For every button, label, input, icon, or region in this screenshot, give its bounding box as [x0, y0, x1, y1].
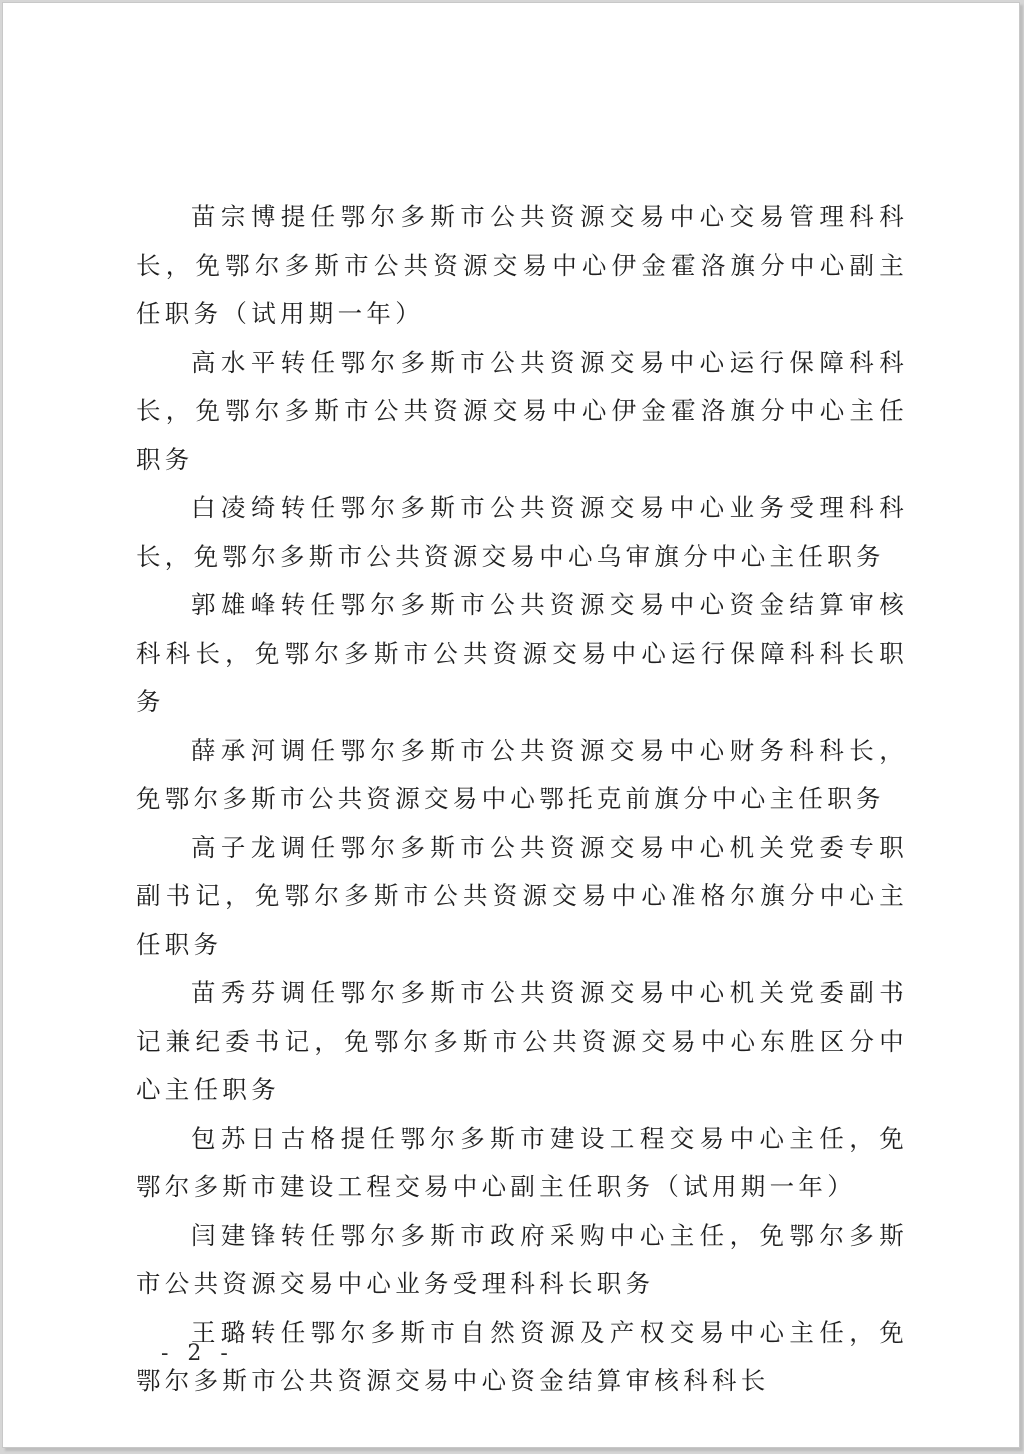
paragraph-appointment-2: 高水平转任鄂尔多斯市公共资源交易中心运行保障科科长，免鄂尔多斯市公共资源交易中心…	[136, 339, 908, 485]
document-body: 苗宗博提任鄂尔多斯市公共资源交易中心交易管理科科长，免鄂尔多斯市公共资源交易中心…	[136, 193, 908, 1406]
paragraph-appointment-4: 郭雄峰转任鄂尔多斯市公共资源交易中心资金结算审核科科长，免鄂尔多斯市公共资源交易…	[136, 581, 908, 727]
paragraph-appointment-3: 白凌绮转任鄂尔多斯市公共资源交易中心业务受理科科长，免鄂尔多斯市公共资源交易中心…	[136, 484, 908, 581]
document-page: 苗宗博提任鄂尔多斯市公共资源交易中心交易管理科科长，免鄂尔多斯市公共资源交易中心…	[2, 2, 1020, 1448]
paragraph-appointment-1: 苗宗博提任鄂尔多斯市公共资源交易中心交易管理科科长，免鄂尔多斯市公共资源交易中心…	[136, 193, 908, 339]
paragraph-appointment-10: 王璐转任鄂尔多斯市自然资源及产权交易中心主任，免鄂尔多斯市公共资源交易中心资金结…	[136, 1309, 908, 1406]
paragraph-appointment-9: 闫建锋转任鄂尔多斯市政府采购中心主任，免鄂尔多斯市公共资源交易中心业务受理科科长…	[136, 1212, 908, 1309]
paragraph-appointment-6: 高子龙调任鄂尔多斯市公共资源交易中心机关党委专职副书记，免鄂尔多斯市公共资源交易…	[136, 824, 908, 970]
paragraph-appointment-8: 包苏日古格提任鄂尔多斯市建设工程交易中心主任，免鄂尔多斯市建设工程交易中心副主任…	[136, 1115, 908, 1212]
paragraph-appointment-7: 苗秀芬调任鄂尔多斯市公共资源交易中心机关党委副书记兼纪委书记，免鄂尔多斯市公共资…	[136, 969, 908, 1115]
paragraph-appointment-5: 薛承河调任鄂尔多斯市公共资源交易中心财务科科长，免鄂尔多斯市公共资源交易中心鄂托…	[136, 727, 908, 824]
page-number: - 2 -	[161, 1341, 234, 1366]
